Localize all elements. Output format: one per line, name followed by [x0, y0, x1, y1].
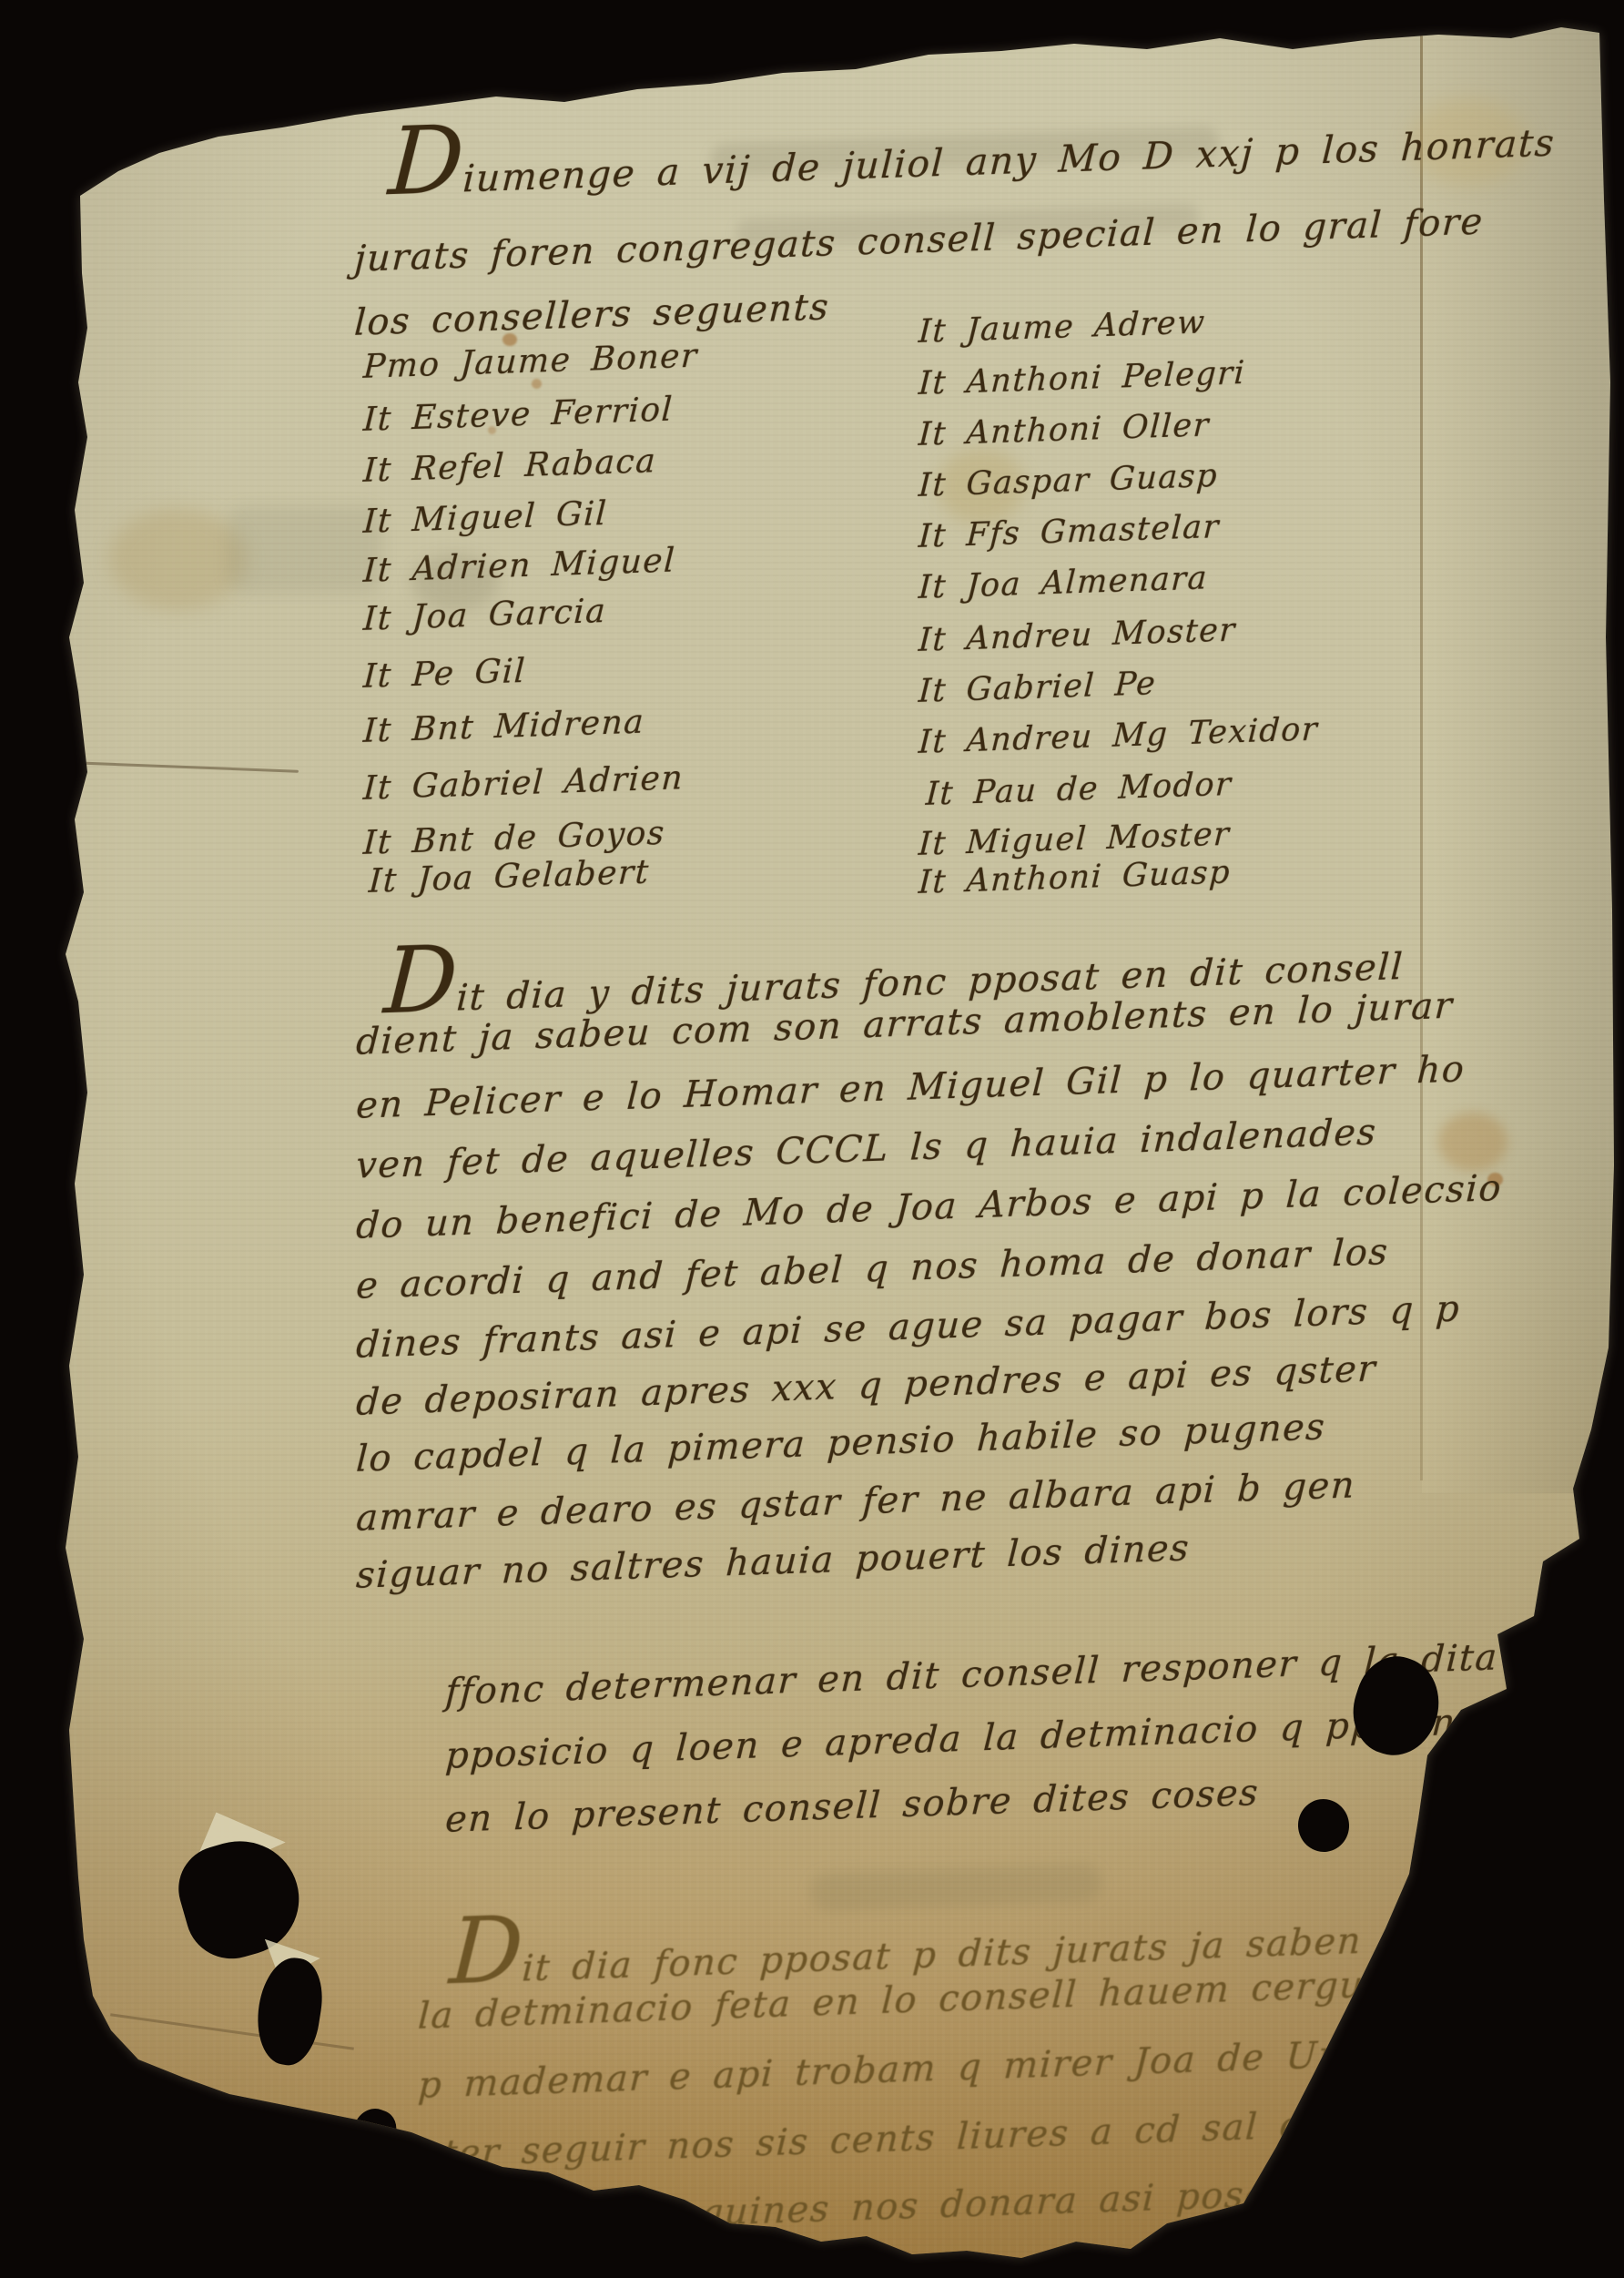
paper-wrapper: 876 Diumenge a vij de juliol any Mo D xx… — [0, 0, 1624, 2278]
left-edge-crack — [25, 759, 299, 773]
councillor-right-2: It Anthoni Pelegri — [918, 355, 1246, 402]
councillor-right-1: It Jaume Adrew — [918, 304, 1207, 351]
tear-hole — [250, 1953, 329, 2069]
heading-line-2: jurats foren congregats consell special … — [353, 201, 1485, 280]
councillor-left-11: It Joa Gelabert — [368, 854, 651, 900]
manuscript-scan: 876 Diumenge a vij de juliol any Mo D xx… — [0, 0, 1624, 2278]
tear-flap — [168, 1798, 290, 1888]
councillor-left-3: It Refel Rabaca — [362, 442, 657, 490]
tear-flap — [258, 1939, 322, 1987]
tear-hole — [1294, 1795, 1353, 1855]
heading-line-1: Diumenge a vij de juliol any Mo D xxj p … — [387, 90, 1558, 203]
folio-number: 876 — [59, 74, 130, 120]
tear-hole — [168, 1827, 312, 1969]
councillor-right-3: It Anthoni Oller — [918, 407, 1211, 453]
resolution2-line-3: p mademar e api trobam q mirer Joa de Un… — [417, 2029, 1499, 2107]
councillor-left-5: It Adrien Miguel — [362, 543, 676, 590]
response-line-1: ffonc determenar en dit consell responer… — [444, 1637, 1499, 1714]
vertical-fold-crease — [1420, 33, 1423, 1480]
councillor-left-7: It Pe Gil — [362, 653, 527, 696]
councillor-left-4: It Miguel Gil — [362, 495, 608, 541]
councillor-left-8: It Bnt Midrena — [362, 704, 645, 750]
councillor-right-6: It Joa Almenara — [918, 560, 1209, 606]
resolution1-line-11: siguar no saltres hauia pouert los dines — [355, 1528, 1191, 1597]
heading-line-3: los consellers seguents — [353, 287, 831, 344]
councillor-right-5: It Ffs Gmastelar — [918, 509, 1221, 555]
councillor-left-2: It Esteve Ferriol — [362, 392, 675, 439]
councillor-left-9: It Gabriel Adrien — [362, 759, 685, 808]
councillor-right-9: It Andreu Mg Texidor — [918, 711, 1319, 761]
councillor-left-6: It Joa Garcia — [362, 593, 607, 638]
paper-sheet: 876 Diumenge a vij de juliol any Mo D xx… — [0, 0, 1624, 2278]
resolution2-line-4: qter seguir nos sis cents liures a cd sa… — [417, 2102, 1389, 2176]
bottom-left-crack — [110, 2013, 354, 2050]
councillor-right-4: It Gaspar Guasp — [918, 458, 1219, 504]
councillor-left-1: Pmo Jaume Boner — [362, 338, 699, 386]
ink-showthrough — [228, 506, 382, 594]
councillor-right-10: It Pau de Modor — [925, 767, 1233, 813]
resolution2-line-5: francsquis e quines nos donara asi posad… — [428, 2164, 1558, 2243]
response-line-3: en lo present consell sobre dites coses — [444, 1772, 1260, 1841]
stain — [109, 508, 246, 610]
councillor-right-8: It Gabriel Pe — [918, 666, 1157, 710]
tear-hole — [346, 2103, 401, 2162]
resolution1-line-10: amrar e dearo es qstar fer ne albara api… — [355, 1464, 1356, 1540]
councillor-right-7: It Andreu Moster — [918, 612, 1237, 659]
response-line-2: pposicio q loen e apreda la detminacio q… — [444, 1698, 1578, 1777]
